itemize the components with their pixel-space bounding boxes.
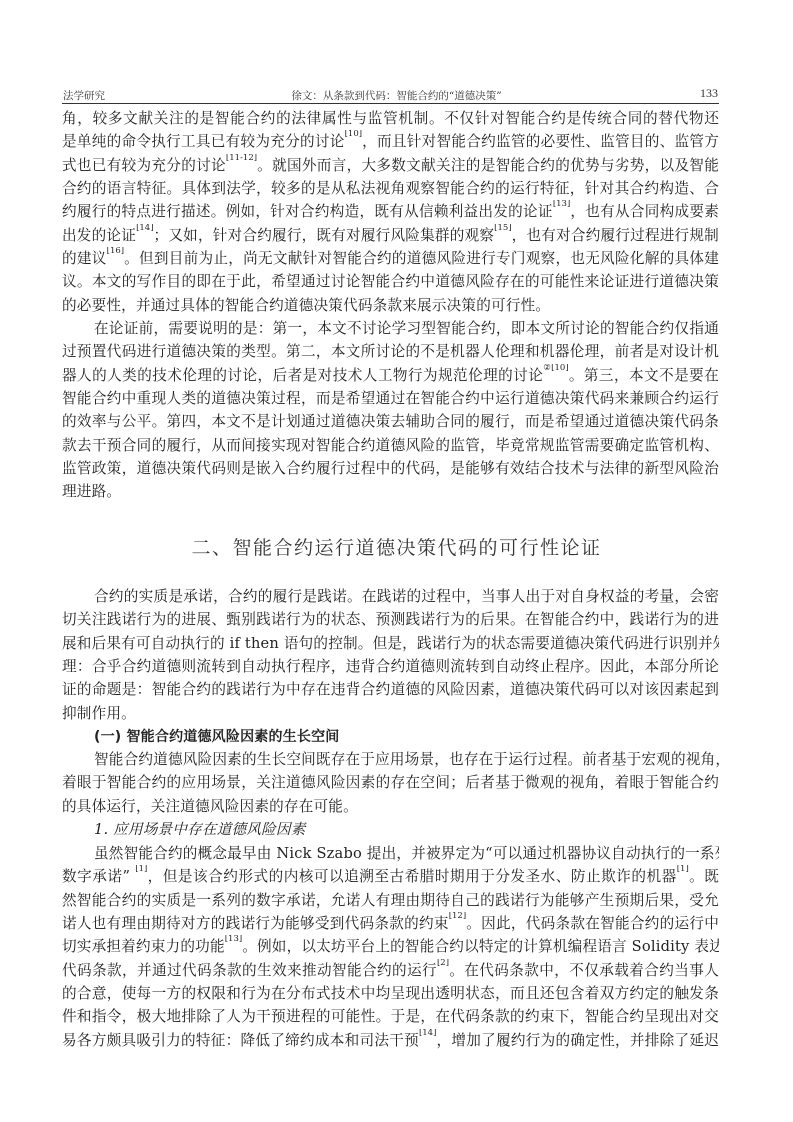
section-heading: 二、智能合约运行道德决策代码的可行性论证 — [0, 533, 793, 560]
text-run: ，也有对合约履行过程进行规制 — [512, 227, 719, 244]
text-run: 是单纯的命令执行工具已有较为充分的讨论 — [62, 133, 345, 150]
text-run: 抑制作用。 — [62, 705, 136, 722]
paragraph-1-line: 议。本文的写作目的即在于此，希望通过讨论智能合约中道德风险存在的可能性来论证进行… — [62, 270, 719, 293]
citation-ref: [12] — [449, 912, 466, 921]
text-run: ，但是该合约形式的内核可以追溯至古希腊时期用于分发圣水、防止欺诈的机器 — [147, 868, 676, 885]
paragraph-3-line: 抑制作用。 — [62, 702, 719, 725]
text-run: 出发的论证 — [62, 227, 136, 244]
paragraph-4-line: 的具体运行，关注道德风险因素的存在可能。 — [62, 795, 719, 818]
paragraph-1-line: 合约的语言特征。具体到法学，较多的是从私法视角观察智能合约的运行特征，针对其合约… — [62, 177, 719, 200]
running-title: 徐文：从条款到代码：智能合约的“道德决策” — [0, 88, 793, 103]
text-run: 虽然智能合约的概念最早由 Nick Szabo 提出，并被界定为“可以通过机器协… — [94, 845, 719, 862]
text-run: 款去干预合同的履行，从而间接实现对智能合约道德风险的监管，毕竟常规监管需要确定监… — [62, 437, 719, 454]
text-run: 的必要性，并通过具体的智能合约道德决策代码条款来展示决策的可行性。 — [62, 297, 550, 314]
text-run: 。因此，代码条款在智能合约的运行中 — [466, 915, 719, 932]
paragraph-5-line: 数字承诺” [1]，但是该合约形式的内核可以追溯至古希腊时期用于分发圣水、防止欺… — [62, 865, 719, 888]
text-run: 理进路。 — [62, 483, 121, 500]
citation-ref: [15] — [494, 224, 511, 233]
text-run: ；又如，针对合约履行，既有对履行风险集群的观察 — [154, 227, 495, 244]
text-run: 的建议 — [62, 250, 107, 267]
text-run: 器人的人类的技术伦理的讨论，后者是对技术人工物行为规范伦理的讨论 — [62, 367, 543, 384]
paragraph-5-line: 的合意，使每一方的权限和行为在分布式技术中均呈现出透明状态，而且还包含着双方约定… — [62, 982, 719, 1005]
citation-ref: [1] — [677, 865, 689, 874]
text-run: 展和后果有可自动执行的 if then 语句的控制。但是，践诺行为的状态需要道德… — [62, 635, 719, 652]
text-run: 。在代码条款中，不仅承载着合约当事人 — [449, 962, 719, 979]
paragraph-1-line: 式也已有较为充分的讨论[11-12]。就国外而言，大多数文献关注的是智能合约的优… — [62, 154, 719, 177]
citation-ref: [11-12] — [226, 154, 257, 163]
text-run: 过预置代码进行道德决策的类型。第二，本文所讨论的不是机器人伦理和机器伦理，前者是… — [62, 343, 719, 360]
paragraph-5-line: 切实承担着约束力的功能[13]。例如，以太坊平台上的智能合约以特定的计算机编程语… — [62, 935, 719, 958]
citation-ref: [14] — [419, 1029, 436, 1038]
text-run: 约履行的特点进行描述。例如，针对合约构造，既有从信赖利益出发的论证 — [62, 203, 553, 220]
paragraph-1-line: 的建议[16]。但到目前为止，尚无文献针对智能合约的道德风险进行专门观察，也无风… — [62, 247, 719, 270]
paragraph-2-line: 器人的人类的技术伦理的讨论，后者是对技术人工物行为规范伦理的讨论②[10]。第三… — [62, 364, 719, 387]
citation-ref: [2] — [437, 959, 449, 968]
text-run: 件和指令，极大地排除了人为干预进程的可能性。于是，在代码条款的约束下，智能合约呈… — [62, 1008, 719, 1025]
paragraph-2-line: 在论证前，需要说明的是：第一，本文不讨论学习型智能合约，即本文所讨论的智能合约仅… — [94, 317, 719, 340]
paragraph-4-line: 着眼于智能合约的应用场景，关注道德风险因素的存在空间；后者基于微观的视角，着眼于… — [62, 771, 719, 794]
text-run: 议。本文的写作目的即在于此，希望通过讨论智能合约中道德风险存在的可能性来论证进行… — [62, 273, 719, 290]
text-run: 式也已有较为充分的讨论 — [62, 157, 226, 174]
text-run: 智能合约道德风险因素的生长空间既存在于应用场景，也存在于运行过程。前者基于宏观的… — [94, 751, 719, 768]
subsection-heading: (一) 智能合约道德风险因素的生长空间 — [94, 729, 339, 745]
paragraph-2-line: 的效率与公平。第四，本文不是计划通过道德决策去辅助合同的履行，而是希望通过道德决… — [62, 410, 719, 433]
text-run: 监管政策，道德决策代码则是嵌入合约履行过程中的代码，是能够有效结合技术与法律的新… — [62, 460, 719, 477]
text-run: 诺人也有理由期待对方的践诺行为能够受到代码条款的约束 — [62, 915, 449, 932]
citation-ref: [14] — [136, 224, 153, 233]
text-run: 角，较多文献关注的是智能合约的法律属性与监管机制。不仅针对智能合约是传统合同的替… — [62, 110, 719, 127]
paragraph-5-line: 虽然智能合约的概念最早由 Nick Szabo 提出，并被界定为“可以通过机器协… — [94, 842, 719, 865]
text-run: 的合意，使每一方的权限和行为在分布式技术中均呈现出透明状态，而且还包含着双方约定… — [62, 985, 719, 1002]
text-run: 合约的实质是承诺，合约的履行是践诺。在践诺的过程中，当事人出于对自身权益的考量，… — [94, 588, 719, 605]
paragraph-3-line: 理：合乎合约道德则流转到自动执行程序，违背合约道德则流转到自动终止程序。因此，本… — [62, 655, 719, 678]
text-run: ，也有从合同构成要素 — [570, 203, 719, 220]
text-run: 。例如，以太坊平台上的智能合约以特定的计算机编程语言 Solidity 表达 — [242, 938, 719, 955]
text-run: 切实承担着约束力的功能 — [62, 938, 225, 955]
paragraph-3-line: 合约的实质是承诺，合约的履行是践诺。在践诺的过程中，当事人出于对自身权益的考量，… — [94, 585, 719, 608]
header-rule — [62, 103, 719, 104]
text-run: 在论证前，需要说明的是：第一，本文不讨论学习型智能合约，即本文所讨论的智能合约仅… — [94, 320, 719, 337]
text-run: ，增加了履约行为的确定性，并排除了延迟 — [436, 1032, 719, 1049]
page-number: 133 — [700, 86, 718, 101]
text-run: 切关注践诺行为的进展、甄别践诺行为的状态、预测践诺行为的后果。在智能合约中，践诺… — [62, 611, 719, 628]
subsection-heading-line: (一) 智能合约道德风险因素的生长空间 — [94, 725, 719, 748]
text-run: 代码条款，并通过代码条款的生效来推动智能合约的运行 — [62, 962, 437, 979]
paragraph-5-line: 诺人也有理由期待对方的践诺行为能够受到代码条款的约束[12]。因此，代码条款在智… — [62, 912, 719, 935]
citation-ref: [13] — [553, 200, 570, 209]
text-run: 证的命题是：智能合约的践诺行为中存在违背合约道德的风险因素，道德决策代码可以对该… — [62, 681, 719, 698]
paragraph-3-line: 证的命题是：智能合约的践诺行为中存在违背合约道德的风险因素，道德决策代码可以对该… — [62, 678, 719, 701]
paragraph-3-line: 展和后果有可自动执行的 if then 语句的控制。但是，践诺行为的状态需要道德… — [62, 632, 719, 655]
citation-ref: [16] — [107, 247, 124, 256]
paragraph-1-line: 的必要性，并通过具体的智能合约道德决策代码条款来展示决策的可行性。 — [62, 294, 719, 317]
paragraph-1-line: 出发的论证[14]；又如，针对合约履行，既有对履行风险集群的观察[15]，也有对… — [62, 224, 719, 247]
text-run: 然智能合约的实质是一系列的数字承诺，允诺人有理由期待自己的践诺行为能够产生预期后… — [62, 892, 719, 909]
citation-ref: [13] — [225, 935, 242, 944]
paragraph-3-line: 切关注践诺行为的进展、甄别践诺行为的状态、预测践诺行为的后果。在智能合约中，践诺… — [62, 608, 719, 631]
text-run: 合约的语言特征。具体到法学，较多的是从私法视角观察智能合约的运行特征，针对其合约… — [62, 180, 719, 197]
paragraph-1-line: 是单纯的命令执行工具已有较为充分的讨论[10]，而且针对智能合约监管的必要性、监… — [62, 130, 719, 153]
paragraph-2-line: 智能合约中重现人类的道德决策过程，而是希望通过在智能合约中运行道德决策代码来兼顾… — [62, 387, 719, 410]
citation-ref: [1] — [135, 865, 147, 874]
citation-ref: ②[10] — [543, 364, 568, 373]
paragraph-5-line: 然智能合约的实质是一系列的数字承诺，允诺人有理由期待自己的践诺行为能够产生预期后… — [62, 889, 719, 912]
paragraph-1-line: 角，较多文献关注的是智能合约的法律属性与监管机制。不仅针对智能合约是传统合同的替… — [62, 107, 719, 130]
text-run: 。第三，本文不是要在 — [569, 367, 719, 384]
paragraph-5-line: 易各方颇具吸引力的特征：降低了缔约成本和司法干预[14]，增加了履约行为的确定性… — [62, 1029, 719, 1052]
text-run: 的效率与公平。第四，本文不是计划通过道德决策去辅助合同的履行，而是希望通过道德决… — [62, 413, 719, 430]
text-run: 。既 — [689, 868, 719, 885]
text-run: 。但到目前为止，尚无文献针对智能合约的道德风险进行专门观察，也无风险化解的具体建 — [124, 250, 719, 267]
text-run: 智能合约中重现人类的道德决策过程，而是希望通过在智能合约中运行道德决策代码来兼顾… — [62, 390, 719, 407]
paragraph-4-line: 智能合约道德风险因素的生长空间既存在于应用场景，也存在于运行过程。前者基于宏观的… — [94, 748, 719, 771]
text-run: ，而且针对智能合约监管的必要性、监管目的、监管方 — [362, 133, 719, 150]
paragraph-2-line: 过预置代码进行道德决策的类型。第二，本文所讨论的不是机器人伦理和机器伦理，前者是… — [62, 340, 719, 363]
text-run: 易各方颇具吸引力的特征：降低了缔约成本和司法干预 — [62, 1032, 419, 1049]
subsubsection-heading: 1. 应用场景中存在道德风险因素 — [94, 821, 305, 838]
paragraph-2-line: 款去干预合同的履行，从而间接实现对智能合约道德风险的监管，毕竟常规监管需要确定监… — [62, 434, 719, 457]
paragraph-1-line: 约履行的特点进行描述。例如，针对合约构造，既有从信赖利益出发的论证[13]，也有… — [62, 200, 719, 223]
text-run: 的具体运行，关注道德风险因素的存在可能。 — [62, 798, 358, 815]
subsubsection-heading-line: 1. 应用场景中存在道德风险因素 — [94, 818, 719, 841]
citation-ref: [10] — [345, 130, 362, 139]
paragraph-2-line: 理进路。 — [62, 480, 719, 503]
paragraph-2-line: 监管政策，道德决策代码则是嵌入合约履行过程中的代码，是能够有效结合技术与法律的新… — [62, 457, 719, 480]
text-run: 。就国外而言，大多数文献关注的是智能合约的优势与劣势，以及智能 — [257, 157, 719, 174]
text-run: 数字承诺” — [62, 868, 135, 885]
text-run: 理：合乎合约道德则流转到自动执行程序，违背合约道德则流转到自动终止程序。因此，本… — [62, 658, 719, 675]
paragraph-5-line: 代码条款，并通过代码条款的生效来推动智能合约的运行[2]。在代码条款中，不仅承载… — [62, 959, 719, 982]
text-run: 着眼于智能合约的应用场景，关注道德风险因素的存在空间；后者基于微观的视角，着眼于… — [62, 774, 719, 791]
paragraph-5-line: 件和指令，极大地排除了人为干预进程的可能性。于是，在代码条款的约束下，智能合约呈… — [62, 1005, 719, 1028]
